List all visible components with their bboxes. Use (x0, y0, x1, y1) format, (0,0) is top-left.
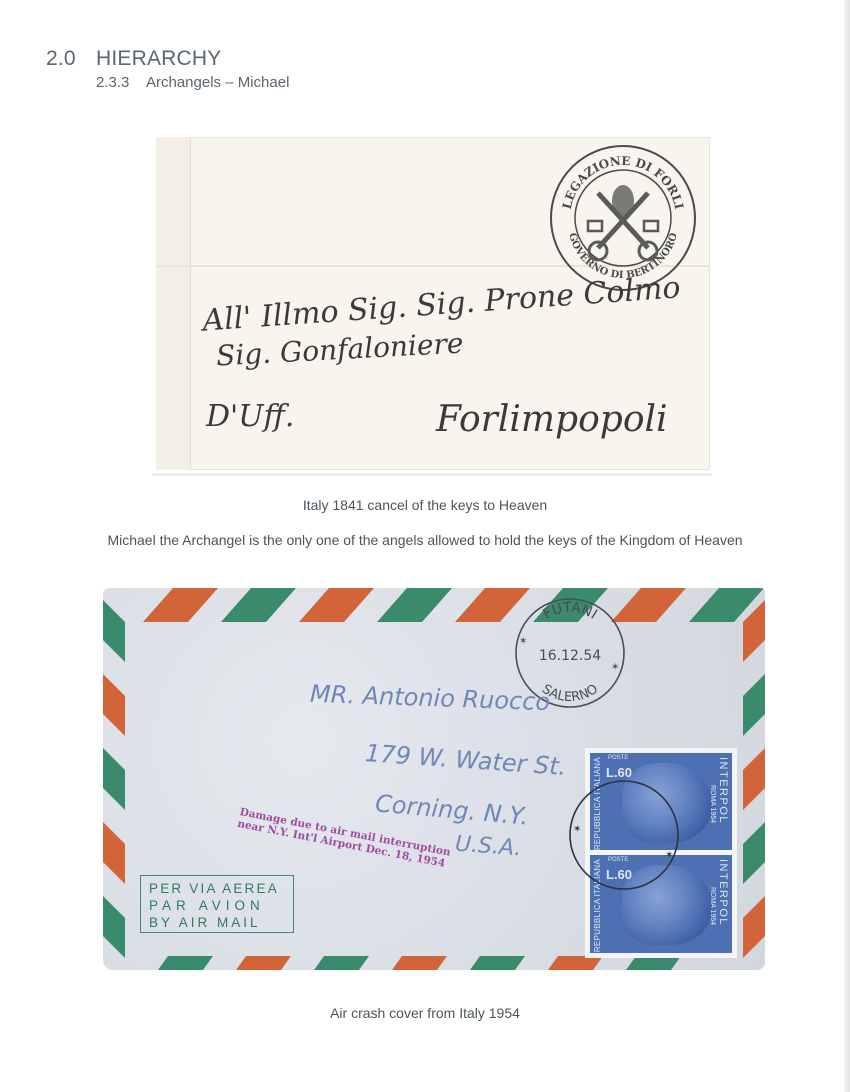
svg-text:✶: ✶ (573, 824, 581, 835)
stamp-subtitle: ROMA 1954 (709, 887, 716, 925)
letter-1841: LEGAZIONE DI FORLI GOVERNO DI BERTINORO … (156, 137, 710, 470)
stamp-subtitle: ROMA 1954 (709, 785, 716, 823)
letter-destination: Forlimpopoli (436, 399, 668, 440)
svg-text:✶: ✶ (519, 636, 527, 647)
subsection-number: 2.3.3 (96, 74, 146, 91)
stamp-poste: POSTE (608, 755, 628, 761)
svg-text:16.12.54: 16.12.54 (539, 648, 601, 664)
subsection-heading: 2.3.3Archangels – Michael (96, 74, 289, 91)
section-number: 2.0 (46, 47, 96, 71)
subsection-title: Archangels – Michael (146, 74, 289, 91)
airmail-label-line: PER VIA AEREA (149, 880, 293, 897)
svg-text:✶: ✶ (611, 662, 619, 673)
letter-fold-strip (156, 137, 191, 470)
airmail-label: PER VIA AEREA PAR AVION BY AIR MAIL (140, 875, 294, 933)
svg-text:✶: ✶ (665, 850, 673, 861)
recipient-country: U.S.A. (454, 832, 522, 862)
caption-1841: Italy 1841 cancel of the keys to Heaven (0, 497, 850, 513)
caption-1954: Air crash cover from Italy 1954 (0, 1005, 850, 1021)
section-title: HIERARCHY (96, 47, 221, 70)
letter-address-line: D'Uff. (206, 399, 294, 434)
description-michael: Michael the Archangel is the only one of… (0, 532, 850, 548)
airmail-label-line: PAR AVION (149, 897, 293, 914)
stamp-tie-postmark-icon: ✶ ✶ (565, 776, 683, 894)
section-heading: 2.0HIERARCHY (46, 47, 221, 71)
air-crash-cover-1954: FUTANI SALERNO 16.12.54 ✶ ✶ MR. Antonio … (103, 588, 765, 970)
letter-shadow (152, 473, 712, 476)
airmail-label-line: BY AIR MAIL (149, 914, 293, 931)
stamp-title: INTERPOL (717, 757, 729, 824)
stamp-title: INTERPOL (717, 859, 729, 926)
